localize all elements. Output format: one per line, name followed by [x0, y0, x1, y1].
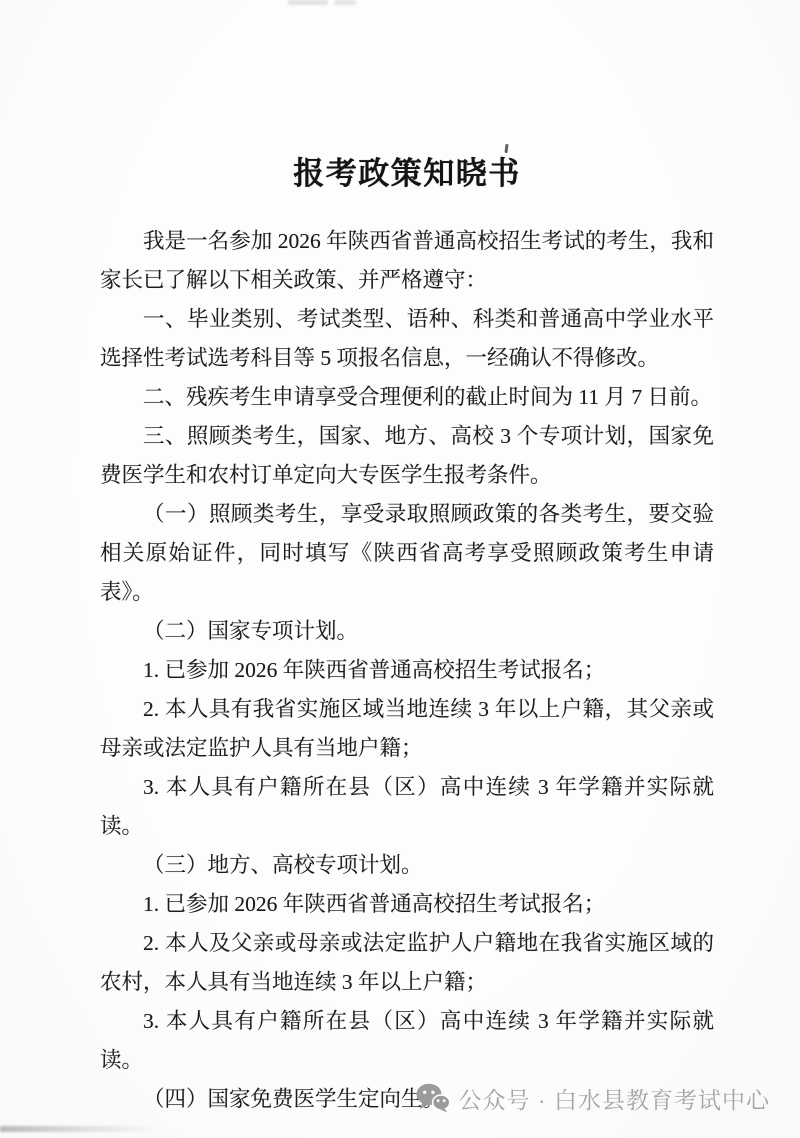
paragraph: 二、残疾考生申请享受合理便利的截止时间为 11 月 7 日前。 — [100, 378, 714, 417]
paragraph: 2. 本人具有我省实施区域当地连续 3 年以上户籍，其父亲或母亲或法定监护人具有… — [100, 690, 714, 768]
paragraph: （一）照顾类考生，享受录取照顾政策的各类考生，要交验相关原始证件，同时填写《陕西… — [100, 495, 714, 612]
paragraph: 我是一名参加 2026 年陕西省普通高校招生考试的考生，我和家长已了解以下相关政… — [100, 222, 714, 300]
paragraph: 三、照顾类考生，国家、地方、高校 3 个专项计划，国家免费医学生和农村订单定向大… — [100, 417, 714, 495]
paragraph: 1. 已参加 2026 年陕西省普通高校招生考试报名； — [100, 651, 714, 690]
document-title: 报考政策知晓书 — [100, 148, 714, 193]
paragraph: 2. 本人及父亲或母亲或法定监护人户籍地在我省实施区域的农村，本人具有当地连续 … — [100, 924, 714, 1002]
paragraph: （三）地方、高校专项计划。 — [100, 846, 714, 885]
document-content: 报考政策知晓书 我是一名参加 2026 年陕西省普通高校招生考试的考生，我和家长… — [100, 0, 714, 1119]
paragraph: 一、毕业类别、考试类型、语种、科类和普通高中学业水平选择性考试选考科目等 5 项… — [100, 300, 714, 378]
wechat-watermark-banner: 公众号 · 白水县教育考试中心 — [416, 1082, 770, 1114]
paragraph: 1. 已参加 2026 年陕西省普通高校招生考试报名； — [100, 885, 714, 924]
paragraph: 3. 本人具有户籍所在县（区）高中连续 3 年学籍并实际就读。 — [100, 768, 714, 846]
paragraph: （二）国家专项计划。 — [100, 612, 714, 651]
scanned-document-page: 报考政策知晓书 我是一名参加 2026 年陕西省普通高校招生考试的考生，我和家长… — [0, 0, 800, 1138]
scan-artifact-bottom-edge — [0, 1126, 160, 1132]
paragraph: 3. 本人具有户籍所在县（区）高中连续 3 年学籍并实际就读。 — [100, 1002, 714, 1080]
wechat-icon — [416, 1083, 450, 1113]
wechat-account-label: 公众号 · 白水县教育考试中心 — [459, 1082, 770, 1115]
document-paragraphs: 我是一名参加 2026 年陕西省普通高校招生考试的考生，我和家长已了解以下相关政… — [100, 222, 714, 1119]
